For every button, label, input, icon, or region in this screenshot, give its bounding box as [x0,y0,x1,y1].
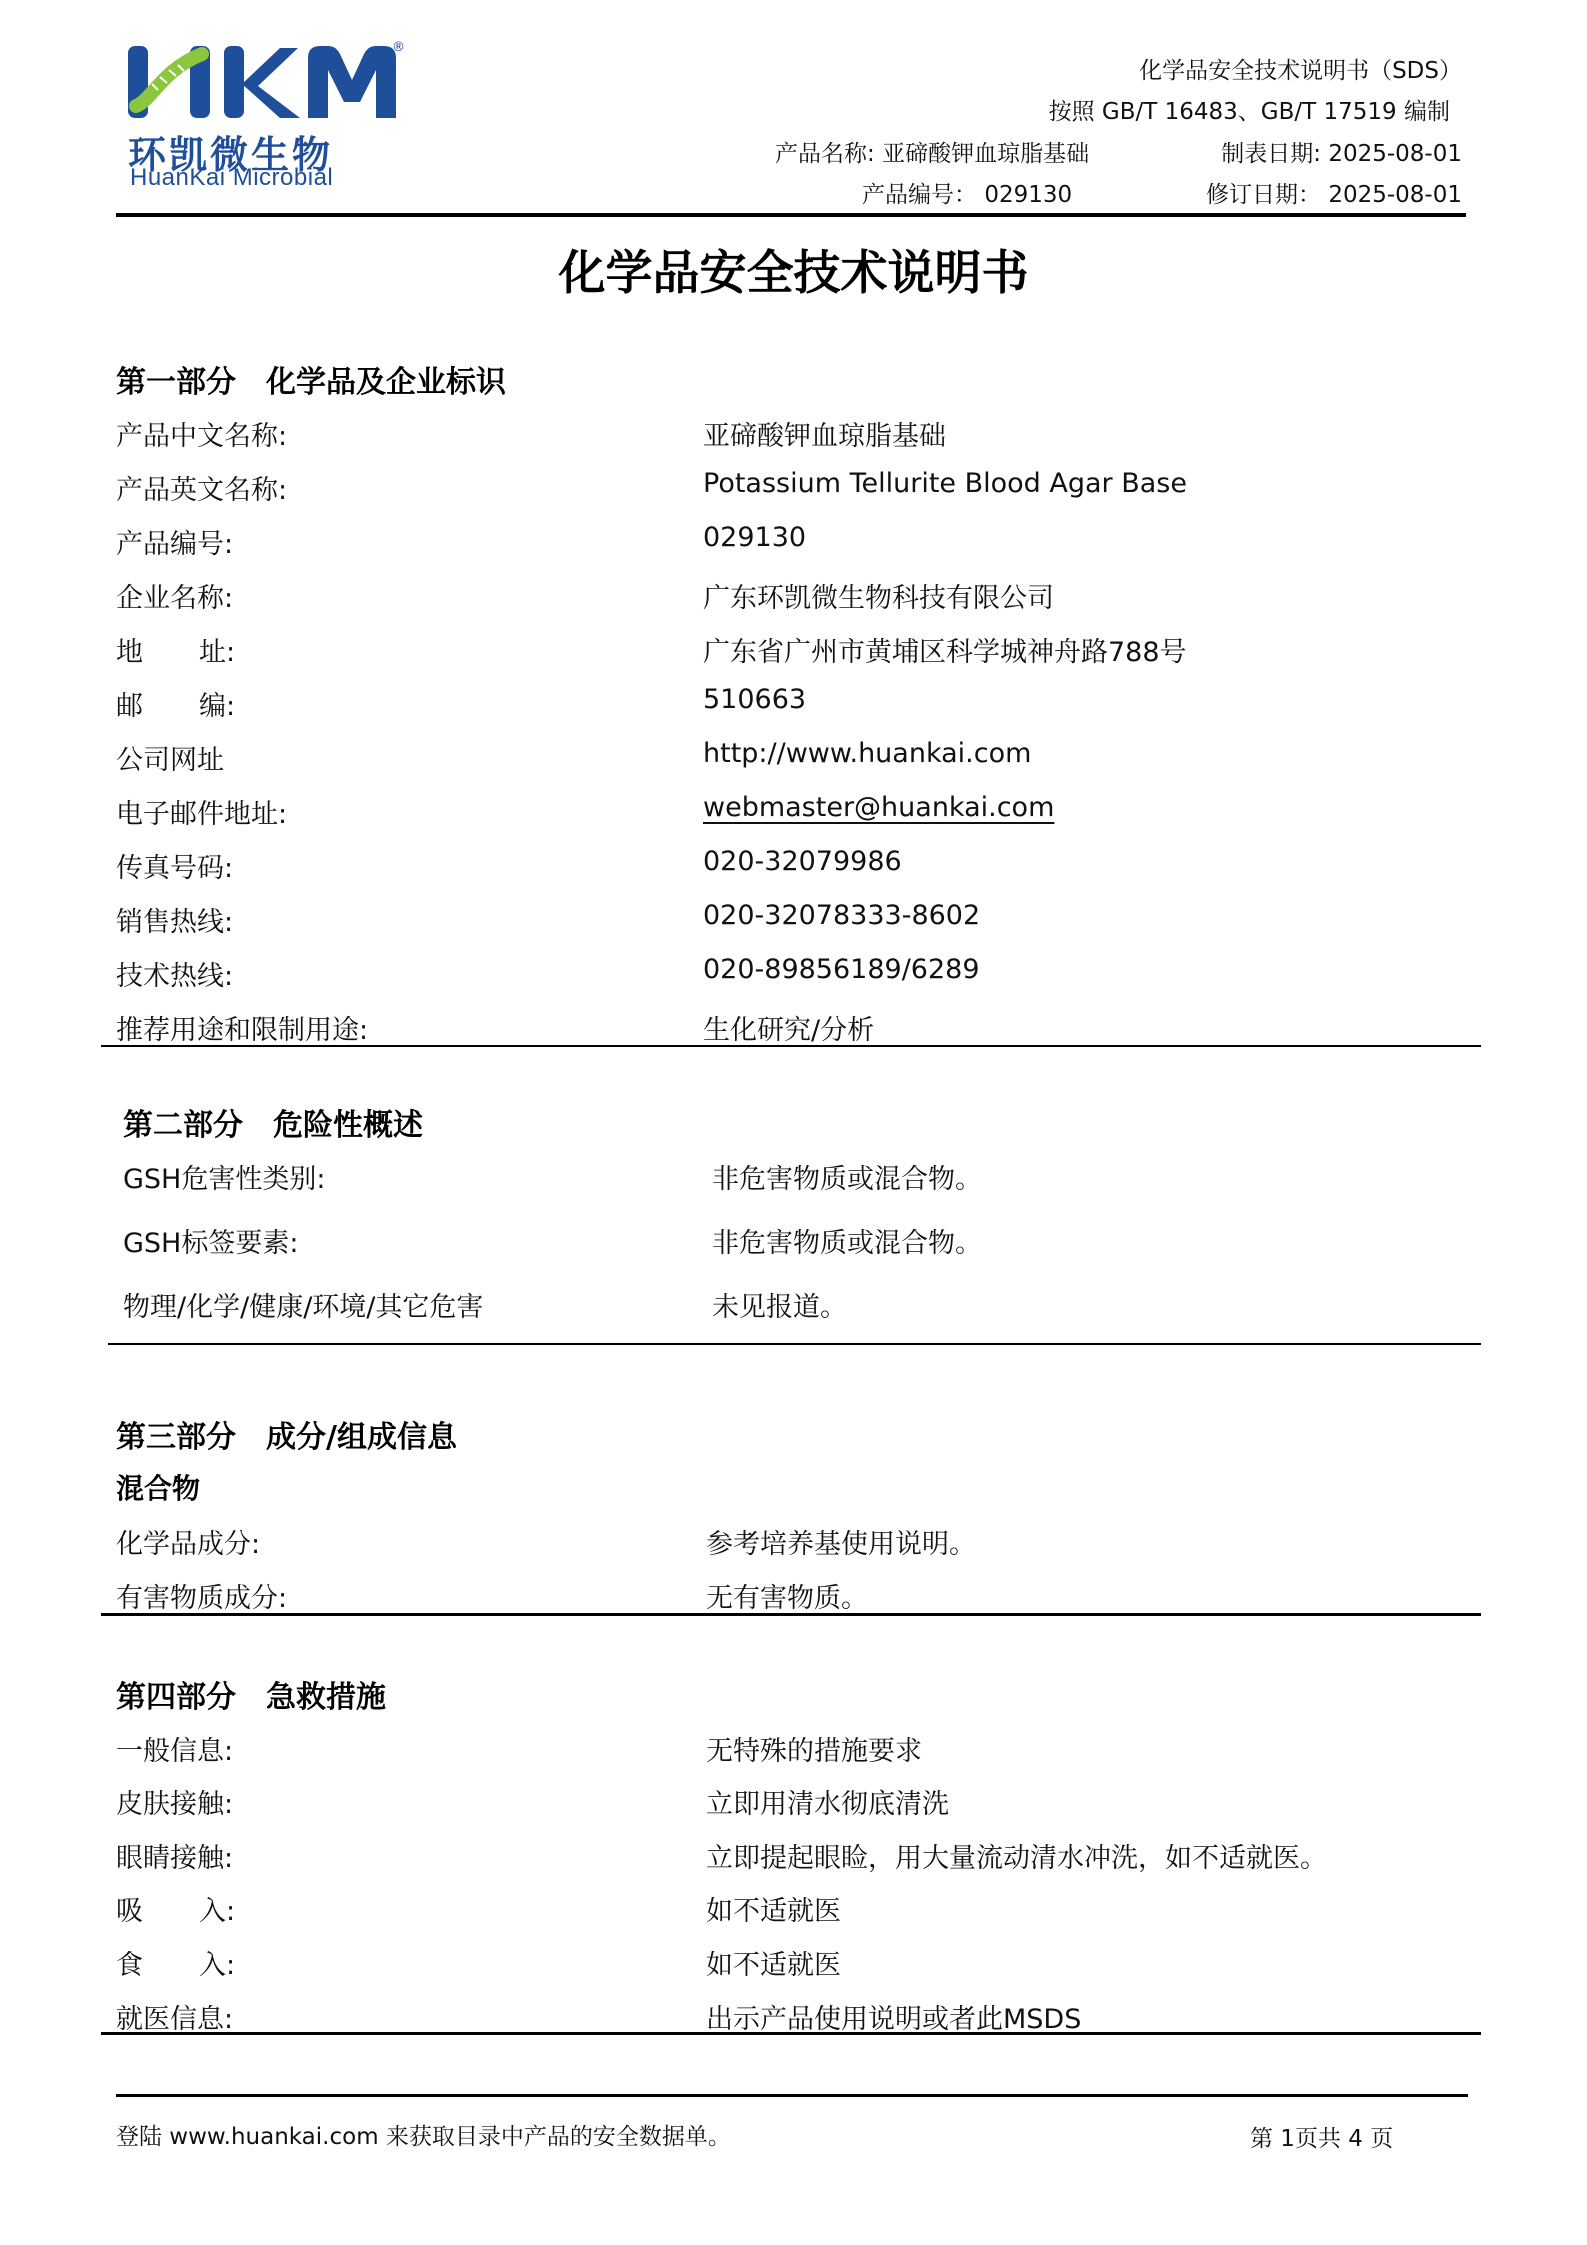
product-no-value: 029130 [984,182,1072,208]
label-char: 邮 [116,691,143,722]
row-label: 电子邮件地址: [116,792,287,831]
section-4-heading: 第四部分急救措施 [116,1672,386,1716]
row-label: 产品编号: [116,522,233,561]
created-date-line: 制表日期: 2025-08-01 [1221,135,1462,168]
section-1-rule [101,1045,1481,1047]
section-2-heading: 第二部分危险性概述 [123,1100,423,1144]
registered-mark: ® [392,40,405,55]
section-1-title: 化学品及企业标识 [266,365,506,400]
website-link[interactable]: http://www.huankai.com [703,738,1031,769]
row-value: 020-32079986 [703,846,902,877]
row-value: 510663 [703,684,806,715]
row-value: 广东省广州市黄埔区科学城神舟路788号 [703,630,1187,669]
section-1-number: 第一部分 [116,365,236,400]
label-char: 编: [199,691,235,722]
page-number: 第 1页共 4 页 [1250,2120,1393,2153]
logo-name-en: HuanKai Microbial [130,164,333,192]
row-label: 化学品成分: [116,1522,260,1561]
row-label: 邮编: [116,684,235,723]
row-label: 企业名称: [116,576,233,615]
row-value: 020-89856189/6289 [703,954,980,985]
label-char: 入: [199,1950,235,1981]
section-2-rule [108,1343,1481,1345]
row-value: 立即提起眼睑，用大量流动清水冲洗，如不适就医。 [706,1836,1327,1875]
header-rule [116,213,1466,217]
row-value: 无特殊的措施要求 [706,1729,922,1768]
product-name-label: 产品名称: [775,141,875,167]
section-3-rule [101,1613,1481,1616]
row-label: 一般信息: [116,1729,233,1768]
doc-type: 化学品安全技术说明书（SDS） [1139,52,1462,85]
row-value: Potassium Tellurite Blood Agar Base [703,468,1187,499]
revised-date-line: 修订日期： 2025-08-01 [1206,176,1462,209]
hkm-logo-icon [122,40,402,122]
row-label: 皮肤接触: [116,1782,233,1821]
section-1-heading: 第一部分化学品及企业标识 [116,357,506,401]
row-value: 无有害物质。 [706,1576,868,1615]
section-3-title: 成分/组成信息 [266,1420,457,1455]
footer-note: 登陆 www.huankai.com 来获取目录中产品的安全数据单。 [116,2118,731,2151]
row-value: 029130 [703,522,806,553]
row-label: 食入: [116,1943,235,1982]
row-label: 推荐用途和限制用途: [116,1008,368,1047]
row-value: 生化研究/分析 [703,1008,874,1047]
row-label: 有害物质成分: [116,1576,287,1615]
section-3-subtitle: 混合物 [116,1467,200,1507]
company-logo: ® 环凯微生物 HuanKai Microbial [122,40,412,190]
row-label: 传真号码: [116,846,233,885]
row-label: GSH危害性类别: [123,1157,325,1196]
row-label: 技术热线: [116,954,233,993]
section-4-rule [101,2032,1481,2035]
product-name-value: 亚碲酸钾血琼脂基础 [882,141,1089,167]
product-no-line: 产品编号： 029130 [862,176,1072,209]
label-char: 地 [116,637,143,668]
footer-rule [116,2094,1468,2097]
product-no-label: 产品编号： [862,182,977,208]
row-value: 如不适就医 [706,1889,841,1928]
label-char: 入: [199,1896,235,1927]
row-value: 020-32078333-8602 [703,900,980,931]
row-value: 出示产品使用说明或者此MSDS [706,1997,1081,2036]
row-value: 非危害物质或混合物。 [712,1157,982,1196]
row-label: 吸入: [116,1889,235,1928]
row-label: 销售热线: [116,900,233,939]
row-value: 如不适就医 [706,1943,841,1982]
section-4-title: 急救措施 [266,1680,386,1715]
created-date-value: 2025-08-01 [1328,141,1462,167]
created-date-label: 制表日期: [1221,141,1321,167]
product-name-line: 产品名称: 亚碲酸钾血琼脂基础 [775,135,1089,168]
label-char: 食 [116,1950,143,1981]
row-value: 广东环凯微生物科技有限公司 [703,576,1054,615]
section-4-number: 第四部分 [116,1680,236,1715]
section-3-heading: 第三部分成分/组成信息 [116,1412,457,1456]
row-value: 立即用清水彻底清洗 [706,1782,949,1821]
row-value: 参考培养基使用说明。 [706,1522,976,1561]
section-3-number: 第三部分 [116,1420,236,1455]
standard-note: 按照 GB/T 16483、GB/T 17519 编制 [1049,93,1450,126]
revised-date-value: 2025-08-01 [1328,182,1462,208]
row-label: 地址: [116,630,235,669]
row-label: 公司网址 [116,738,224,777]
section-2-number: 第二部分 [123,1108,243,1143]
section-2-title: 危险性概述 [273,1108,423,1143]
row-value: 非危害物质或混合物。 [712,1221,982,1260]
label-char: 吸 [116,1896,143,1927]
row-label: 眼睛接触: [116,1836,233,1875]
email-link[interactable]: webmaster@huankai.com [703,792,1054,823]
document-title: 化学品安全技术说明书 [0,236,1587,303]
row-value: 亚碲酸钾血琼脂基础 [703,414,946,453]
revised-date-label: 修订日期： [1206,182,1321,208]
label-char: 址: [199,637,235,668]
row-label: 产品中文名称: [116,414,287,453]
row-label: 就医信息: [116,1997,233,2036]
row-value: 未见报道。 [712,1285,847,1324]
row-label: 物理/化学/健康/环境/其它危害 [123,1285,483,1324]
row-label: 产品英文名称: [116,468,287,507]
row-label: GSH标签要素: [123,1221,298,1260]
